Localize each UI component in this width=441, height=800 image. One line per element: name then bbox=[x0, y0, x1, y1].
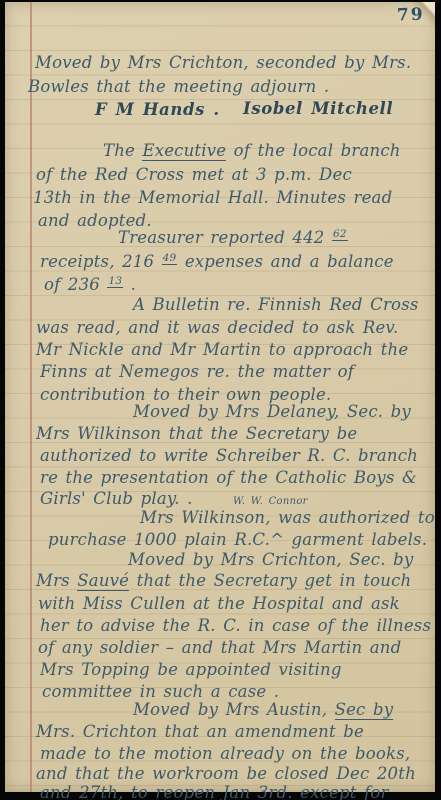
manuscript-line: authorized to write Schreiber R. C. bran… bbox=[40, 446, 418, 465]
manuscript-line: re the presentation of the Catholic Boys… bbox=[40, 468, 417, 487]
manuscript-line: receipts, 216 49 expenses and a balance bbox=[40, 252, 394, 271]
scanned-page: 79 Moved by Mrs Crichton, seconded by Mr… bbox=[0, 0, 441, 800]
manuscript-line: Moved by Mrs Delaney, Sec. by bbox=[133, 402, 411, 421]
manuscript-line: Mrs Topping be appointed visiting bbox=[40, 660, 342, 679]
manuscript-text: made to the motion already on the books, bbox=[40, 744, 410, 763]
manuscript-line: her to advise the R. C. in case of the i… bbox=[40, 616, 431, 635]
manuscript-line: Moved by Mrs Austin, Sec by bbox=[133, 700, 393, 719]
manuscript-text: Girls' Club play. . bbox=[40, 489, 193, 508]
manuscript-line: Mrs Sauvé that the Secretary get in touc… bbox=[36, 571, 411, 590]
manuscript-line: of 236 13 . bbox=[44, 275, 136, 294]
manuscript-text: A Bulletin re. Finnish Red Cross bbox=[133, 295, 419, 314]
manuscript-text: purchase 1000 plain R.C.^ garment labels… bbox=[48, 530, 427, 549]
manuscript-text: Finns at Nemegos re. the matter of bbox=[40, 362, 354, 381]
manuscript-line: The Executive of the local branch bbox=[103, 141, 401, 160]
signature-isobel-mitchell: Isobel Mitchell bbox=[243, 99, 393, 118]
manuscript-text: Bowles that the meeting adjourn . bbox=[28, 77, 329, 96]
manuscript-text: Sec by bbox=[335, 700, 394, 720]
manuscript-line: and that the workroom be closed Dec 20th bbox=[36, 764, 416, 783]
manuscript-line: Girls' Club play. . bbox=[40, 489, 193, 508]
manuscript-text: authorized to write Schreiber R. C. bran… bbox=[40, 446, 418, 465]
manuscript-text: of any soldier – and that Mrs Martin and bbox=[38, 638, 401, 657]
manuscript-line: Moved by Mrs Crichton, Sec. by bbox=[128, 550, 413, 569]
manuscript-line: Bowles that the meeting adjourn . bbox=[28, 77, 329, 96]
manuscript-line: with Miss Cullen at the Hospital and ask bbox=[38, 594, 400, 613]
manuscript-line: made to the motion already on the books, bbox=[40, 744, 410, 763]
manuscript-text: F M Hands . bbox=[95, 100, 220, 119]
manuscript-text: and that the workroom be closed Dec 20th bbox=[36, 764, 416, 783]
manuscript-text: Moved by Mrs Delaney, Sec. by bbox=[133, 402, 411, 421]
manuscript-text: Mrs Wilkinson that the Secretary be bbox=[36, 424, 357, 443]
manuscript-text: Mrs. Crichton that an amendment be bbox=[36, 722, 364, 741]
manuscript-line: 13th in the Memorial Hall. Minutes read bbox=[33, 188, 392, 207]
manuscript-text: W. W. Connor bbox=[233, 496, 308, 507]
manuscript-text: Moved by Mrs Austin, bbox=[133, 700, 335, 719]
manuscript-text: was read, and it was decided to ask Rev. bbox=[36, 318, 398, 337]
manuscript-text: . bbox=[123, 275, 136, 294]
manuscript-line: purchase 1000 plain R.C.^ garment labels… bbox=[48, 530, 427, 549]
manuscript-text: Mrs Wilkinson, was authorized to bbox=[140, 508, 435, 527]
manuscript-line: Mrs. Crichton that an amendment be bbox=[36, 722, 364, 741]
manuscript-line: and 27th, to reopen Jan 3rd. except for bbox=[40, 783, 389, 800]
manuscript-text: receipts, 216 bbox=[40, 252, 162, 271]
manuscript-text: committee in such a case . bbox=[42, 682, 279, 701]
manuscript-line: of the Red Cross met at 3 p.m. Dec bbox=[36, 165, 352, 184]
manuscript-text: her to advise the R. C. in case of the i… bbox=[40, 616, 431, 635]
manuscript-text: expenses and a balance bbox=[177, 252, 393, 271]
manuscript-text: 49 bbox=[162, 252, 178, 265]
manuscript-text: Executive bbox=[142, 141, 226, 161]
manuscript-text: Isobel Mitchell bbox=[243, 99, 393, 118]
manuscript-text: Mr Nickle and Mr Martin to approach the bbox=[36, 340, 408, 359]
manuscript-text: Treasurer reported 442 bbox=[118, 228, 332, 247]
manuscript-line: of any soldier – and that Mrs Martin and bbox=[38, 638, 401, 657]
manuscript-text: 13 bbox=[107, 275, 123, 288]
manuscript-line: Mr Nickle and Mr Martin to approach the bbox=[36, 340, 408, 359]
manuscript-line: was read, and it was decided to ask Rev. bbox=[36, 318, 398, 337]
signature-f-m-hands: F M Hands . bbox=[95, 100, 220, 119]
manuscript-text: Mrs bbox=[36, 571, 77, 590]
manuscript-text: that the Secretary get in touch bbox=[129, 571, 411, 590]
manuscript-text: The bbox=[103, 141, 142, 160]
manuscript-text: re the presentation of the Catholic Boys… bbox=[40, 468, 417, 487]
manuscript-line: Finns at Nemegos re. the matter of bbox=[40, 362, 354, 381]
manuscript-line: Mrs Wilkinson that the Secretary be bbox=[36, 424, 357, 443]
manuscript-text: of the Red Cross met at 3 p.m. Dec bbox=[36, 165, 352, 184]
manuscript-line: A Bulletin re. Finnish Red Cross bbox=[133, 295, 419, 314]
manuscript-line: committee in such a case . bbox=[42, 682, 279, 701]
manuscript-text: Moved by Mrs Crichton, seconded by Mrs. bbox=[35, 53, 411, 72]
manuscript-text: Mrs Topping be appointed visiting bbox=[40, 660, 342, 679]
manuscript-lines: Moved by Mrs Crichton, seconded by Mrs.B… bbox=[0, 0, 441, 800]
manuscript-line: Moved by Mrs Crichton, seconded by Mrs. bbox=[35, 53, 411, 72]
manuscript-line: Mrs Wilkinson, was authorized to bbox=[140, 508, 435, 527]
manuscript-text: of 236 bbox=[44, 275, 107, 294]
manuscript-text: and 27th, to reopen Jan 3rd. except for bbox=[40, 783, 389, 800]
manuscript-line: Treasurer reported 442 62 bbox=[118, 228, 348, 247]
manuscript-text: Moved by Mrs Crichton, Sec. by bbox=[128, 550, 413, 569]
manuscript-text: Sauvé bbox=[77, 571, 129, 591]
manuscript-text: with Miss Cullen at the Hospital and ask bbox=[38, 594, 400, 613]
manuscript-text: 62 bbox=[332, 228, 348, 241]
interlinear-insertion: W. W. Connor bbox=[233, 496, 308, 507]
paper: 79 Moved by Mrs Crichton, seconded by Mr… bbox=[5, 2, 435, 792]
manuscript-text: of the local branch bbox=[226, 141, 400, 160]
manuscript-text: 13th in the Memorial Hall. Minutes read bbox=[33, 188, 392, 207]
